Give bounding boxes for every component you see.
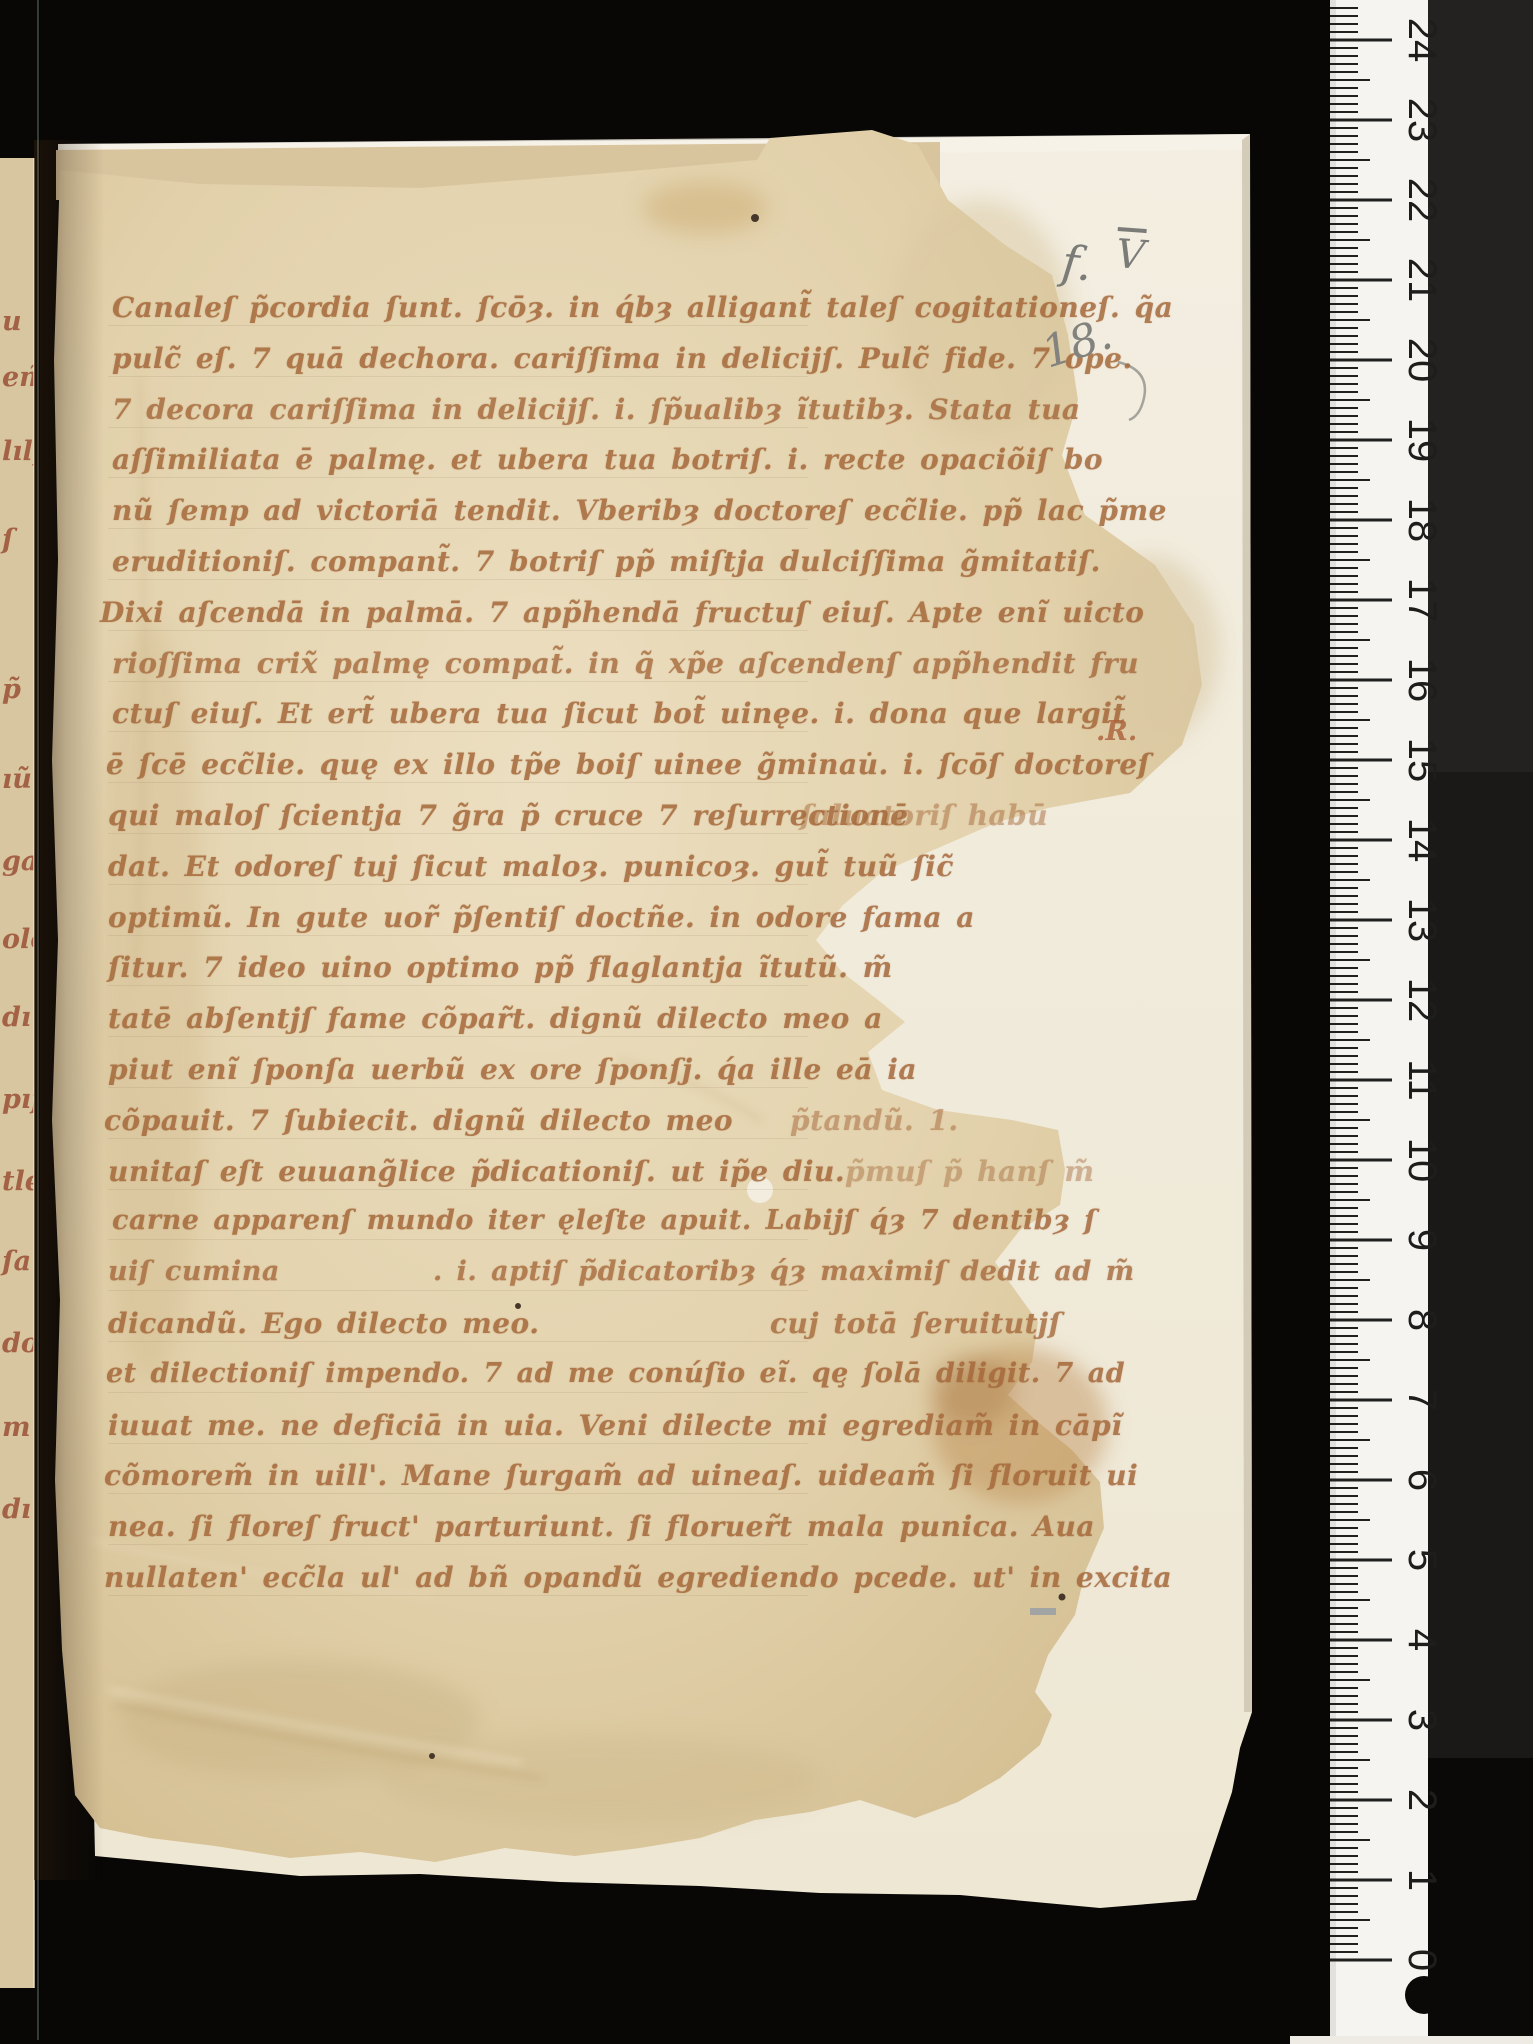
facing-page-text-fragment: dı — [2, 1002, 31, 1033]
facing-page-text-fragment: p̃ — [2, 674, 21, 705]
gutter-shadow — [34, 140, 104, 1880]
facing-page-text-fragment: olo — [2, 924, 34, 955]
glass-edge-shadow — [39, 0, 40, 2040]
svg-text:12: 12 — [1400, 978, 1444, 1023]
photo-stage: 0123456789101112131415161718192021222324… — [0, 0, 1533, 2044]
facing-page-text-fragment: ſ — [2, 524, 14, 555]
facing-page-text-fragment: tle — [2, 1166, 34, 1197]
folio-mark-prefix: f. — [1059, 235, 1094, 292]
svg-text:17: 17 — [1400, 578, 1444, 623]
marginal-letter: .R. — [1096, 716, 1137, 747]
facing-page-sliver: uem̃lılȝſp̃ıũgaolodıpıſtleſadomdı — [0, 158, 34, 1988]
ruler-notch — [1405, 1976, 1443, 2014]
svg-text:10: 10 — [1400, 1138, 1444, 1183]
blue-mark — [1030, 1608, 1056, 1615]
table-edge — [1290, 2036, 1533, 2044]
manuscript-photo: 0123456789101112131415161718192021222324 — [0, 0, 1533, 2044]
svg-text:21: 21 — [1400, 258, 1444, 303]
svg-text:15: 15 — [1400, 738, 1444, 783]
ruler-left-shade — [1330, 0, 1336, 2044]
facing-page-text-fragment: do — [2, 1328, 34, 1359]
svg-text:2: 2 — [1400, 1789, 1444, 1811]
facing-page-text-fragment: em̃ — [2, 362, 34, 393]
svg-text:8: 8 — [1400, 1309, 1444, 1331]
facing-page-text-fragment: pıſ — [2, 1084, 34, 1115]
svg-text:9: 9 — [1400, 1229, 1444, 1251]
svg-text:16: 16 — [1400, 658, 1444, 703]
svg-text:18: 18 — [1400, 498, 1444, 543]
svg-text:22: 22 — [1400, 178, 1444, 223]
svg-text:20: 20 — [1400, 338, 1444, 383]
svg-text:14: 14 — [1400, 818, 1444, 863]
svg-text:11: 11 — [1400, 1059, 1444, 1101]
svg-text:1: 1 — [1400, 1869, 1444, 1891]
svg-text:23: 23 — [1400, 98, 1444, 143]
svg-text:24: 24 — [1400, 18, 1444, 63]
facing-page-text-fragment: ıũ — [2, 764, 32, 795]
facing-page-text-fragment: ſa — [2, 1246, 31, 1277]
parchment-hole — [747, 1177, 773, 1203]
facing-page-text-fragment: u — [2, 306, 22, 337]
facing-page-text-fragment: m — [2, 1412, 31, 1443]
svg-text:13: 13 — [1400, 898, 1444, 943]
svg-text:5: 5 — [1400, 1549, 1444, 1571]
facing-page-text-fragment: ga — [2, 846, 34, 877]
facing-page-text-fragment: dı — [2, 1494, 31, 1525]
svg-text:6: 6 — [1400, 1469, 1444, 1491]
folio-mark-numeral: V — [1114, 231, 1146, 279]
svg-text:3: 3 — [1400, 1709, 1444, 1731]
svg-text:7: 7 — [1400, 1389, 1444, 1411]
svg-text:4: 4 — [1400, 1629, 1444, 1651]
facing-page-text-fragment: lılȝ — [2, 436, 34, 467]
svg-text:19: 19 — [1400, 418, 1444, 463]
svg-text:0: 0 — [1400, 1949, 1444, 1971]
